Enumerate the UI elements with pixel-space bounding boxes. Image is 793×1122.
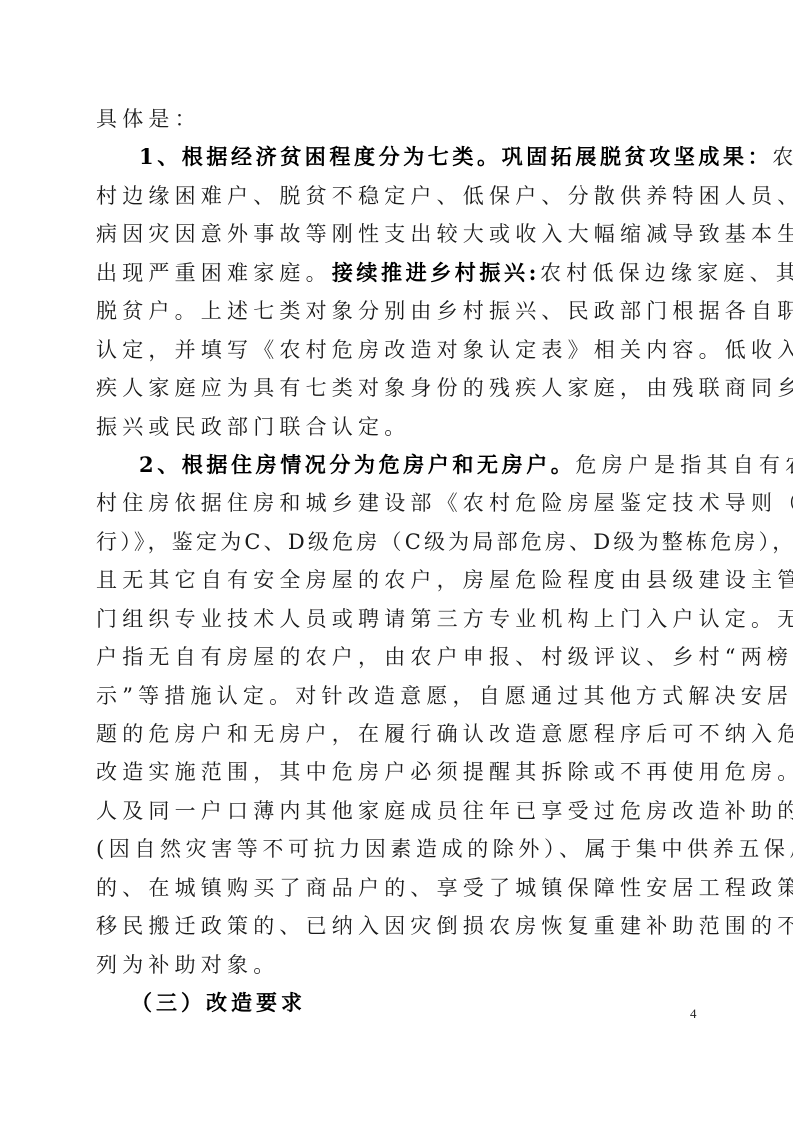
text-line: 示”等措施认定。对针改造意愿，自愿通过其他方式解决安居问	[96, 677, 700, 715]
text-line: 列为补助对象。	[96, 946, 700, 984]
item2-lead-rest: 危房户是指其自有农	[575, 453, 793, 477]
text-line: 户指无自有房屋的农户，由农户申报、村级评议、乡村“两榜公	[96, 638, 700, 676]
text-line: 门组织专业技术人员或聘请第三方专业机构上门入户认定。无房	[96, 600, 700, 638]
text-line: 病因灾因意外事故等刚性支出较大或收入大幅缩减导致基本生活	[96, 215, 700, 253]
text-line: 移民搬迁政策的、已纳入因灾倒损农房恢复重建补助范围的不得	[96, 907, 700, 945]
text-line: 振兴或民政部门联合认定。	[96, 408, 700, 446]
text-line: 人及同一户口薄内其他家庭成员往年已享受过危房改造补助的	[96, 792, 700, 830]
text-line: 村住房依据住房和城乡建设部《农村危险房屋鉴定技术导则（试	[96, 484, 700, 522]
text-segment: 农村低保边缘家庭、其他	[540, 261, 793, 285]
text-line: 行）》，鉴定为C、D级危房（C级为局部危房、D级为整栋危房），	[96, 523, 700, 561]
body-text: 具体是： 1、根据经济贫困程度分为七类。巩固拓展脱贫攻坚成果：农 村边缘困难户、…	[96, 100, 700, 1023]
bold-phrase: 接续推进乡村振兴:	[332, 260, 540, 285]
item2-first-line: 2、根据住房情况分为危房户和无房户。危房户是指其自有农	[96, 446, 700, 484]
text-line: 村边缘困难户、脱贫不稳定户、低保户、分散供养特困人员、因	[96, 177, 700, 215]
text-line: 疾人家庭应为具有七类对象身份的残疾人家庭，由残联商同乡村	[96, 369, 700, 407]
item1-line-with-bold: 出现严重困难家庭。接续推进乡村振兴:农村低保边缘家庭、其他	[96, 254, 700, 292]
item1-first-line: 1、根据经济贫困程度分为七类。巩固拓展脱贫攻坚成果：农	[96, 138, 700, 176]
text-line: 且无其它自有安全房屋的农户，房屋危险程度由县级建设主管部	[96, 561, 700, 599]
text-line: 认定，并填写《农村危房改造对象认定表》相关内容。低收入残	[96, 331, 700, 369]
item2-heading: 2、根据住房情况分为危房户和无房户。	[139, 452, 575, 477]
page-number: 4	[690, 1006, 697, 1022]
text-line: 题的危房户和无房户，在履行确认改造意愿程序后可不纳入危房	[96, 715, 700, 753]
text-line: (因自然灾害等不可抗力因素造成的除外）、属于集中供养五保户	[96, 830, 700, 868]
text-line: 的、在城镇购买了商品户的、享受了城镇保障性安居工程政策、	[96, 869, 700, 907]
text-line: 改造实施范围，其中危房户必须提醒其拆除或不再使用危房。本	[96, 753, 700, 791]
document-page: 具体是： 1、根据经济贫困程度分为七类。巩固拓展脱贫攻坚成果：农 村边缘困难户、…	[0, 0, 793, 1122]
text-line: 脱贫户。上述七类对象分别由乡村振兴、民政部门根据各自职能	[96, 292, 700, 330]
item1-heading: 1、根据经济贫困程度分为七类。巩固拓展脱贫攻坚成果：	[139, 144, 772, 169]
text-segment: 出现严重困难家庭。	[96, 261, 332, 285]
intro-line: 具体是：	[96, 100, 700, 138]
item1-lead-rest: 农	[772, 145, 793, 169]
section-heading: （三）改造要求	[96, 984, 700, 1022]
